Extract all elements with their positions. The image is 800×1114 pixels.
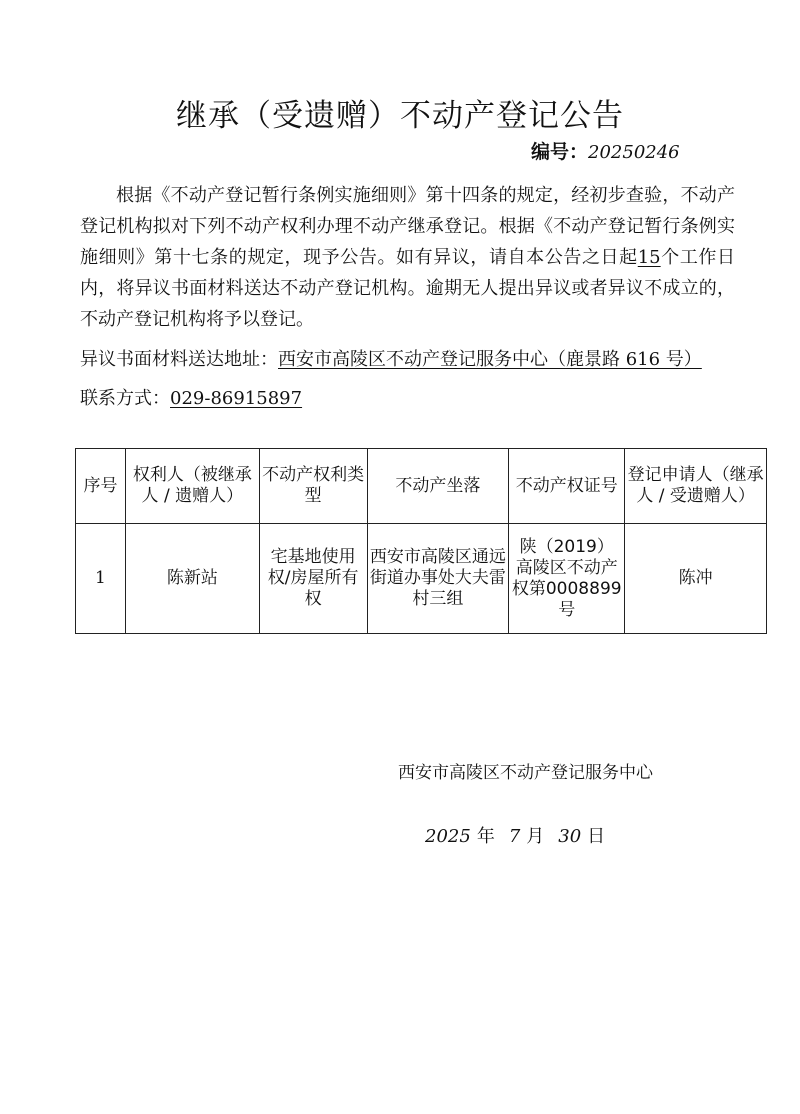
- page-title: 继承（受遗赠）不动产登记公告: [0, 90, 800, 135]
- notice-body: 根据《不动产登记暂行条例实施细则》第十四条的规定，经初步查验，不动产登记机构拟对…: [80, 180, 735, 335]
- header-right-type: 不动产权利类型: [259, 449, 367, 524]
- cell-location: 西安市高陵区通远街道办事处大夫雷村三组: [367, 524, 509, 634]
- date-month: 7: [509, 826, 520, 847]
- header-certificate-no: 不动产权证号: [509, 449, 625, 524]
- day-label: 日: [587, 826, 605, 847]
- date-day: 30: [558, 826, 581, 847]
- address-value: 西安市高陵区不动产登记服务中心（鹿景路 616 号）: [278, 349, 702, 370]
- cell-certificate-no: 陕（2019）高陵区不动产权第0008899 号: [509, 524, 625, 634]
- year-label: 年: [477, 826, 495, 847]
- document-number-value: 20250246: [588, 142, 680, 163]
- header-index: 序号: [76, 449, 126, 524]
- document-number: 编号：20250246: [531, 137, 680, 164]
- cell-right-type: 宅基地使用权/房屋所有权: [259, 524, 367, 634]
- issue-date: 2025年7月30日: [425, 822, 605, 848]
- table-header-row: 序号 权利人（被继承人 / 遗赠人） 不动产权利类型 不动产坐落 不动产权证号 …: [76, 449, 767, 524]
- address-label: 异议书面材料送达地址：: [80, 349, 278, 370]
- header-right-holder: 权利人（被继承人 / 遗赠人）: [125, 449, 259, 524]
- cell-right-holder: 陈新站: [125, 524, 259, 634]
- document-number-label: 编号：: [531, 141, 588, 163]
- cell-applicant: 陈冲: [625, 524, 767, 634]
- header-applicant: 登记申请人（继承人 / 受遗赠人）: [625, 449, 767, 524]
- address-line: 异议书面材料送达地址：西安市高陵区不动产登记服务中心（鹿景路 616 号）: [80, 345, 702, 371]
- contact-label: 联系方式：: [80, 388, 170, 409]
- month-label: 月: [526, 826, 544, 847]
- date-year: 2025: [425, 826, 471, 847]
- property-table: 序号 权利人（被继承人 / 遗赠人） 不动产权利类型 不动产坐落 不动产权证号 …: [75, 448, 767, 634]
- contact-value: 029-86915897: [170, 388, 302, 409]
- contact-line: 联系方式：029-86915897: [80, 384, 302, 410]
- table-row: 1 陈新站 宅基地使用权/房屋所有权 西安市高陵区通远街道办事处大夫雷村三组 陕…: [76, 524, 767, 634]
- notice-paragraph: 根据《不动产登记暂行条例实施细则》第十四条的规定，经初步查验，不动产登记机构拟对…: [80, 180, 735, 335]
- objection-days: 15: [638, 247, 661, 268]
- issuer-name: 西安市高陵区不动产登记服务中心: [398, 758, 653, 783]
- cell-index: 1: [76, 524, 126, 634]
- header-location: 不动产坐落: [367, 449, 509, 524]
